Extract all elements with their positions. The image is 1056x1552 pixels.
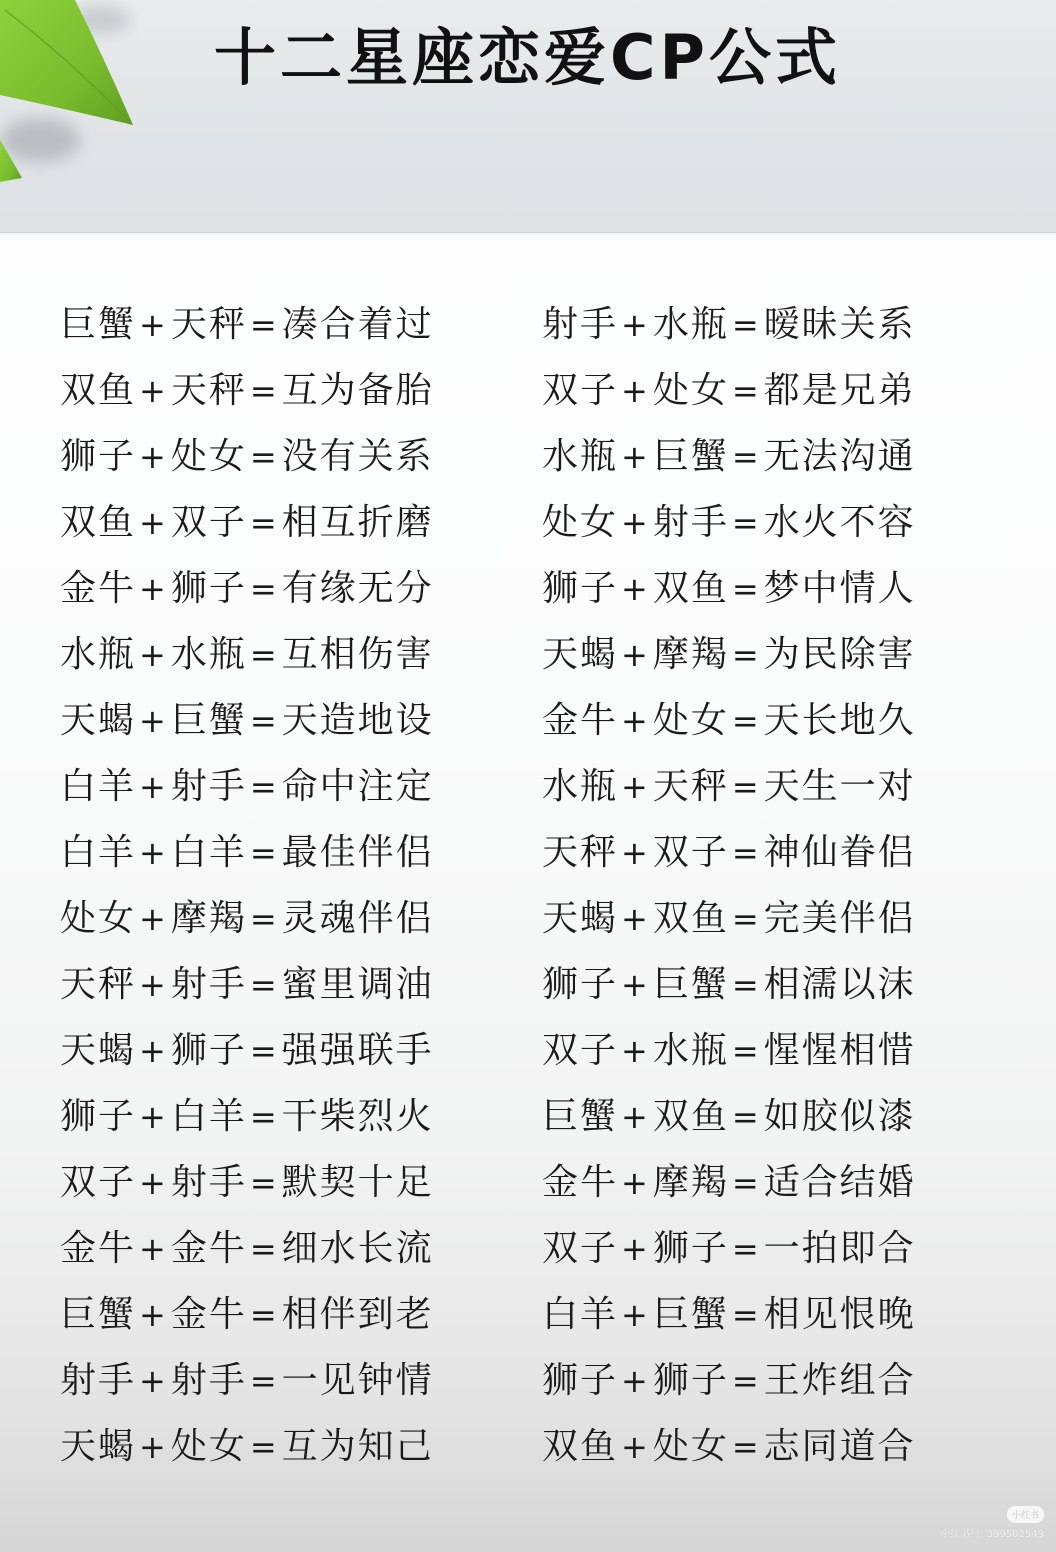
sign-b: 双鱼 xyxy=(653,556,729,622)
sign-b: 狮子 xyxy=(171,556,247,622)
sign-a: 处女 xyxy=(60,886,136,952)
equals-sign: = xyxy=(250,1282,279,1348)
sign-b: 白羊 xyxy=(171,1084,247,1150)
plus-sign: + xyxy=(139,1084,168,1150)
plus-sign: + xyxy=(621,1018,650,1084)
equals-sign: = xyxy=(250,1084,279,1150)
sign-b: 处女 xyxy=(653,1414,729,1480)
sign-b: 水瓶 xyxy=(171,622,247,688)
formula-row: 狮子+狮子=王炸组合 xyxy=(542,1348,916,1414)
sign-a: 狮子 xyxy=(542,1348,618,1414)
plus-sign: + xyxy=(139,1282,168,1348)
sign-a: 白羊 xyxy=(60,754,136,820)
equals-sign: = xyxy=(732,622,761,688)
sign-a: 双子 xyxy=(542,358,618,424)
sign-a: 白羊 xyxy=(542,1282,618,1348)
formula-row: 天秤+双子=神仙眷侣 xyxy=(542,820,916,886)
sign-a: 金牛 xyxy=(60,1216,136,1282)
formula-row: 巨蟹+双鱼=如胶似漆 xyxy=(542,1084,916,1150)
equals-sign: = xyxy=(732,886,761,952)
formula-row: 白羊+射手=命中注定 xyxy=(60,754,434,820)
formula-row: 天蝎+双鱼=完美伴侣 xyxy=(542,886,916,952)
header-shadow xyxy=(0,232,1056,242)
formula-result: 完美伴侣 xyxy=(764,886,916,952)
equals-sign: = xyxy=(732,1414,761,1480)
formula-result: 灵魂伴侣 xyxy=(282,886,434,952)
plus-sign: + xyxy=(139,490,168,556)
formula-result: 相见恨晚 xyxy=(764,1282,916,1348)
sign-b: 白羊 xyxy=(171,820,247,886)
plus-sign: + xyxy=(621,556,650,622)
formula-result: 相濡以沫 xyxy=(764,952,916,1018)
plus-sign: + xyxy=(621,1216,650,1282)
plus-sign: + xyxy=(621,1084,650,1150)
sign-b: 处女 xyxy=(171,424,247,490)
formula-result: 梦中情人 xyxy=(764,556,916,622)
formula-row: 处女+摩羯=灵魂伴侣 xyxy=(60,886,434,952)
formula-row: 双子+狮子=一拍即合 xyxy=(542,1216,916,1282)
formula-result: 相互折磨 xyxy=(282,490,434,556)
equals-sign: = xyxy=(250,820,279,886)
formula-row: 天蝎+摩羯=为民除害 xyxy=(542,622,916,688)
equals-sign: = xyxy=(250,754,279,820)
formula-result: 都是兄弟 xyxy=(764,358,916,424)
plus-sign: + xyxy=(621,820,650,886)
sign-b: 天秤 xyxy=(171,358,247,424)
plus-sign: + xyxy=(139,886,168,952)
equals-sign: = xyxy=(732,1018,761,1084)
formula-result: 神仙眷侣 xyxy=(764,820,916,886)
formula-result: 没有关系 xyxy=(282,424,434,490)
sign-a: 巨蟹 xyxy=(60,292,136,358)
sign-a: 巨蟹 xyxy=(60,1282,136,1348)
formula-row: 白羊+白羊=最佳伴侣 xyxy=(60,820,434,886)
sign-a: 金牛 xyxy=(60,556,136,622)
sign-a: 双子 xyxy=(542,1216,618,1282)
formula-result: 互为知己 xyxy=(282,1414,434,1480)
formula-row: 金牛+处女=天长地久 xyxy=(542,688,916,754)
formula-result: 互相伤害 xyxy=(282,622,434,688)
formula-result: 如胶似漆 xyxy=(764,1084,916,1150)
formula-result: 默契十足 xyxy=(282,1150,434,1216)
formula-result: 互为备胎 xyxy=(282,358,434,424)
sign-a: 射手 xyxy=(60,1348,136,1414)
formula-row: 金牛+金牛=细水长流 xyxy=(60,1216,434,1282)
plus-sign: + xyxy=(621,292,650,358)
formula-result: 水火不容 xyxy=(764,490,916,556)
plus-sign: + xyxy=(621,886,650,952)
sign-b: 射手 xyxy=(171,1348,247,1414)
equals-sign: = xyxy=(732,1084,761,1150)
sign-b: 处女 xyxy=(653,688,729,754)
formula-row: 射手+射手=一见钟情 xyxy=(60,1348,434,1414)
equals-sign: = xyxy=(250,556,279,622)
equals-sign: = xyxy=(250,1150,279,1216)
sign-b: 天秤 xyxy=(653,754,729,820)
formula-result: 强强联手 xyxy=(282,1018,434,1084)
formula-row: 金牛+摩羯=适合结婚 xyxy=(542,1150,916,1216)
equals-sign: = xyxy=(732,1282,761,1348)
equals-sign: = xyxy=(250,424,279,490)
plus-sign: + xyxy=(621,754,650,820)
sign-b: 巨蟹 xyxy=(653,424,729,490)
sign-a: 水瓶 xyxy=(542,754,618,820)
sign-a: 天秤 xyxy=(60,952,136,1018)
sign-a: 金牛 xyxy=(542,1150,618,1216)
formula-row: 双子+处女=都是兄弟 xyxy=(542,358,916,424)
formula-result: 细水长流 xyxy=(282,1216,434,1282)
equals-sign: = xyxy=(250,952,279,1018)
formula-row: 双子+射手=默契十足 xyxy=(60,1150,434,1216)
sign-b: 狮子 xyxy=(171,1018,247,1084)
equals-sign: = xyxy=(732,556,761,622)
sign-a: 天秤 xyxy=(542,820,618,886)
formula-result: 干柴烈火 xyxy=(282,1084,434,1150)
formula-row: 射手+水瓶=暧昧关系 xyxy=(542,292,916,358)
equals-sign: = xyxy=(250,1216,279,1282)
plus-sign: + xyxy=(139,1216,168,1282)
sign-a: 狮子 xyxy=(60,1084,136,1150)
formula-row: 双鱼+天秤=互为备胎 xyxy=(60,358,434,424)
formula-result: 无法沟通 xyxy=(764,424,916,490)
sign-a: 双子 xyxy=(542,1018,618,1084)
sign-b: 双鱼 xyxy=(653,886,729,952)
sign-a: 水瓶 xyxy=(542,424,618,490)
watermark: 小红书 小红书号: 399502549 xyxy=(940,1503,1044,1540)
formula-row: 狮子+白羊=干柴烈火 xyxy=(60,1084,434,1150)
sign-b: 水瓶 xyxy=(653,292,729,358)
formula-row: 水瓶+巨蟹=无法沟通 xyxy=(542,424,916,490)
sign-a: 天蝎 xyxy=(60,1018,136,1084)
plus-sign: + xyxy=(139,424,168,490)
formula-result: 有缘无分 xyxy=(282,556,434,622)
watermark-id: 小红书号: 399502549 xyxy=(940,1525,1044,1540)
sign-a: 双鱼 xyxy=(542,1414,618,1480)
plus-sign: + xyxy=(621,1348,650,1414)
sign-a: 水瓶 xyxy=(60,622,136,688)
formula-result: 惺惺相惜 xyxy=(764,1018,916,1084)
formula-result: 王炸组合 xyxy=(764,1348,916,1414)
equals-sign: = xyxy=(250,1018,279,1084)
sign-b: 金牛 xyxy=(171,1282,247,1348)
sign-b: 射手 xyxy=(171,754,247,820)
equals-sign: = xyxy=(732,1216,761,1282)
equals-sign: = xyxy=(250,292,279,358)
sign-b: 狮子 xyxy=(653,1348,729,1414)
equals-sign: = xyxy=(250,358,279,424)
formula-row: 狮子+双鱼=梦中情人 xyxy=(542,556,916,622)
formula-result: 一拍即合 xyxy=(764,1216,916,1282)
formula-result: 天生一对 xyxy=(764,754,916,820)
page-title: 十二星座恋爱CP公式 xyxy=(214,18,841,98)
equals-sign: = xyxy=(732,292,761,358)
plus-sign: + xyxy=(139,754,168,820)
sign-a: 巨蟹 xyxy=(542,1084,618,1150)
plus-sign: + xyxy=(139,358,168,424)
equals-sign: = xyxy=(250,622,279,688)
sign-a: 双鱼 xyxy=(60,358,136,424)
sign-b: 处女 xyxy=(653,358,729,424)
formula-row: 巨蟹+金牛=相伴到老 xyxy=(60,1282,434,1348)
equals-sign: = xyxy=(250,1414,279,1480)
equals-sign: = xyxy=(732,490,761,556)
formula-result: 天造地设 xyxy=(282,688,434,754)
formula-result: 天长地久 xyxy=(764,688,916,754)
equals-sign: = xyxy=(250,886,279,952)
plus-sign: + xyxy=(621,1150,650,1216)
formula-row: 双鱼+处女=志同道合 xyxy=(542,1414,916,1480)
equals-sign: = xyxy=(732,1348,761,1414)
sign-b: 巨蟹 xyxy=(653,1282,729,1348)
sign-a: 狮子 xyxy=(60,424,136,490)
plus-sign: + xyxy=(621,622,650,688)
sign-a: 天蝎 xyxy=(60,688,136,754)
equals-sign: = xyxy=(250,688,279,754)
plus-sign: + xyxy=(139,1018,168,1084)
sign-b: 处女 xyxy=(171,1414,247,1480)
plus-sign: + xyxy=(621,1282,650,1348)
header-banner: 十二星座恋爱CP公式 xyxy=(0,0,1056,233)
sign-b: 射手 xyxy=(171,952,247,1018)
formula-row: 双鱼+双子=相互折磨 xyxy=(60,490,434,556)
equals-sign: = xyxy=(732,424,761,490)
watermark-badge: 小红书 xyxy=(1007,1506,1044,1523)
equals-sign: = xyxy=(732,952,761,1018)
left-formula-list: 巨蟹+天秤=凑合着过 双鱼+天秤=互为备胎 狮子+处女=没有关系 双鱼+双子=相… xyxy=(60,292,434,1480)
formula-result: 一见钟情 xyxy=(282,1348,434,1414)
sign-a: 双鱼 xyxy=(60,490,136,556)
formula-row: 狮子+处女=没有关系 xyxy=(60,424,434,490)
sign-b: 天秤 xyxy=(171,292,247,358)
equals-sign: = xyxy=(732,358,761,424)
plus-sign: + xyxy=(621,490,650,556)
formula-row: 天蝎+狮子=强强联手 xyxy=(60,1018,434,1084)
sign-b: 巨蟹 xyxy=(171,688,247,754)
formula-row: 天秤+射手=蜜里调油 xyxy=(60,952,434,1018)
formula-row: 天蝎+处女=互为知己 xyxy=(60,1414,434,1480)
sign-b: 摩羯 xyxy=(653,622,729,688)
sign-b: 射手 xyxy=(653,490,729,556)
formula-row: 金牛+狮子=有缘无分 xyxy=(60,556,434,622)
formula-result: 为民除害 xyxy=(764,622,916,688)
formula-row: 巨蟹+天秤=凑合着过 xyxy=(60,292,434,358)
formula-result: 最佳伴侣 xyxy=(282,820,434,886)
sign-a: 天蝎 xyxy=(542,622,618,688)
equals-sign: = xyxy=(250,490,279,556)
plus-sign: + xyxy=(139,556,168,622)
sign-a: 白羊 xyxy=(60,820,136,886)
sign-b: 射手 xyxy=(171,1150,247,1216)
formula-result: 命中注定 xyxy=(282,754,434,820)
formula-row: 双子+水瓶=惺惺相惜 xyxy=(542,1018,916,1084)
formula-result: 志同道合 xyxy=(764,1414,916,1480)
plus-sign: + xyxy=(139,1348,168,1414)
sign-a: 天蝎 xyxy=(60,1414,136,1480)
equals-sign: = xyxy=(732,1150,761,1216)
plus-sign: + xyxy=(139,292,168,358)
formula-result: 适合结婚 xyxy=(764,1150,916,1216)
plus-sign: + xyxy=(621,952,650,1018)
sign-a: 狮子 xyxy=(542,952,618,1018)
equals-sign: = xyxy=(732,688,761,754)
sign-a: 金牛 xyxy=(542,688,618,754)
sign-b: 摩羯 xyxy=(171,886,247,952)
plus-sign: + xyxy=(139,688,168,754)
formula-result: 暧昧关系 xyxy=(764,292,916,358)
formula-row: 处女+射手=水火不容 xyxy=(542,490,916,556)
sign-a: 处女 xyxy=(542,490,618,556)
leaf-decoration-icon xyxy=(0,0,140,190)
plus-sign: + xyxy=(139,952,168,1018)
formula-row: 水瓶+天秤=天生一对 xyxy=(542,754,916,820)
sign-b: 双子 xyxy=(653,820,729,886)
formula-row: 狮子+巨蟹=相濡以沫 xyxy=(542,952,916,1018)
plus-sign: + xyxy=(139,622,168,688)
sign-a: 双子 xyxy=(60,1150,136,1216)
formula-row: 天蝎+巨蟹=天造地设 xyxy=(60,688,434,754)
sign-a: 射手 xyxy=(542,292,618,358)
formula-result: 相伴到老 xyxy=(282,1282,434,1348)
sign-b: 双子 xyxy=(171,490,247,556)
sign-b: 金牛 xyxy=(171,1216,247,1282)
plus-sign: + xyxy=(139,820,168,886)
plus-sign: + xyxy=(621,358,650,424)
sign-b: 双鱼 xyxy=(653,1084,729,1150)
plus-sign: + xyxy=(621,688,650,754)
sign-a: 天蝎 xyxy=(542,886,618,952)
sign-b: 巨蟹 xyxy=(653,952,729,1018)
formula-result: 凑合着过 xyxy=(282,292,434,358)
equals-sign: = xyxy=(732,754,761,820)
equals-sign: = xyxy=(732,820,761,886)
formula-row: 白羊+巨蟹=相见恨晚 xyxy=(542,1282,916,1348)
plus-sign: + xyxy=(621,424,650,490)
right-formula-list: 射手+水瓶=暧昧关系 双子+处女=都是兄弟 水瓶+巨蟹=无法沟通 处女+射手=水… xyxy=(542,292,916,1480)
sign-a: 狮子 xyxy=(542,556,618,622)
plus-sign: + xyxy=(139,1414,168,1480)
plus-sign: + xyxy=(139,1150,168,1216)
sign-b: 狮子 xyxy=(653,1216,729,1282)
plus-sign: + xyxy=(621,1414,650,1480)
sign-b: 水瓶 xyxy=(653,1018,729,1084)
sign-b: 摩羯 xyxy=(653,1150,729,1216)
formula-row: 水瓶+水瓶=互相伤害 xyxy=(60,622,434,688)
formula-result: 蜜里调油 xyxy=(282,952,434,1018)
equals-sign: = xyxy=(250,1348,279,1414)
